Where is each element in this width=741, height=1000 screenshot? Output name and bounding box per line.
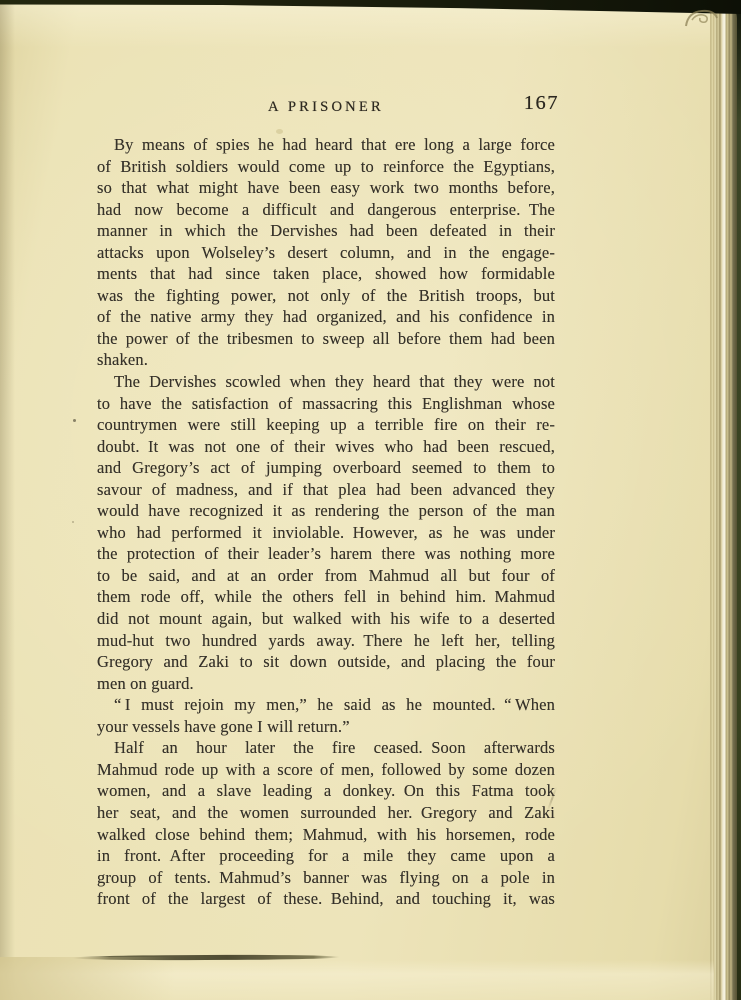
page-number: 167 — [97, 92, 559, 115]
text-line: doubt. It was not one of their wives who… — [97, 436, 555, 458]
text-line: Mahmud rode up with a score of men, foll… — [97, 759, 555, 781]
text-line: who had performed it inviolable. However… — [97, 522, 555, 544]
gutter-shadow — [0, 0, 15, 1000]
page-corner-curl-icon — [684, 8, 718, 34]
text-line: men on guard. — [97, 673, 555, 695]
bottom-left-shading — [0, 957, 175, 1000]
text-line: to be said, and at an order from Mahmud … — [97, 565, 555, 587]
text-line: savour of madness, and if that plea had … — [97, 479, 555, 501]
text-line: front of the largest of these. Behind, a… — [97, 888, 555, 910]
page-body-text: By means of spies he had heard that ere … — [97, 134, 555, 910]
paper-smudge — [276, 129, 283, 134]
text-line: them rode off, while the others fell in … — [97, 586, 555, 608]
text-line: By means of spies he had heard that ere … — [97, 134, 555, 156]
book-page-scan: A PRISONER 167 By means of spies he had … — [0, 0, 741, 1000]
text-line: group of tents. Mahmud’s banner was flyi… — [97, 867, 555, 889]
text-line: Half an hour later the fire ceased. Soon… — [97, 737, 555, 759]
text-line: had now become a difficult and dangerous… — [97, 199, 555, 221]
text-line: The Dervishes scowled when they heard th… — [97, 371, 555, 393]
text-line: shaken. — [97, 349, 555, 371]
text-line: her seat, and the women surrounded her. … — [97, 802, 555, 824]
text-line: did not mount again, but walked with his… — [97, 608, 555, 630]
margin-ink-speck — [73, 419, 76, 422]
text-line: would have recognized it as rendering th… — [97, 500, 555, 522]
text-line: in front. After proceeding for a mile th… — [97, 845, 555, 867]
text-line: to have the satisfaction of massacring t… — [97, 393, 555, 415]
text-line: the protection of their leader’s harem t… — [97, 543, 555, 565]
text-line: “ I must rejoin my men,” he said as he m… — [97, 694, 555, 716]
text-line: women, and a slave leading a donkey. On … — [97, 780, 555, 802]
page-edges-stack — [710, 3, 737, 1000]
text-line: walked close behind them; Mahmud, with h… — [97, 824, 555, 846]
text-line: Gregory and Zaki to sit down outside, an… — [97, 651, 555, 673]
text-line: and Gregory’s act of jumping overboard s… — [97, 457, 555, 479]
text-line: manner in which the Dervishes had been d… — [97, 220, 555, 242]
margin-ink-speck — [72, 521, 74, 523]
text-line: the power of the tribesmen to sweep all … — [97, 328, 555, 350]
text-line: mud-hut two hundred yards away. There he… — [97, 630, 555, 652]
text-line: ments that had since taken place, showed… — [97, 263, 555, 285]
text-line: attacks upon Wolseley’s desert column, a… — [97, 242, 555, 264]
text-line: so that what might have been easy work t… — [97, 177, 555, 199]
text-line: of British soldiers would come up to rei… — [97, 156, 555, 178]
text-line: your vessels have gone I will return.” — [97, 716, 555, 738]
text-line: countrymen were still keeping up a terri… — [97, 414, 555, 436]
text-line: was the fighting power, not only of the … — [97, 285, 555, 307]
text-line: of the native army they had organized, a… — [97, 306, 555, 328]
